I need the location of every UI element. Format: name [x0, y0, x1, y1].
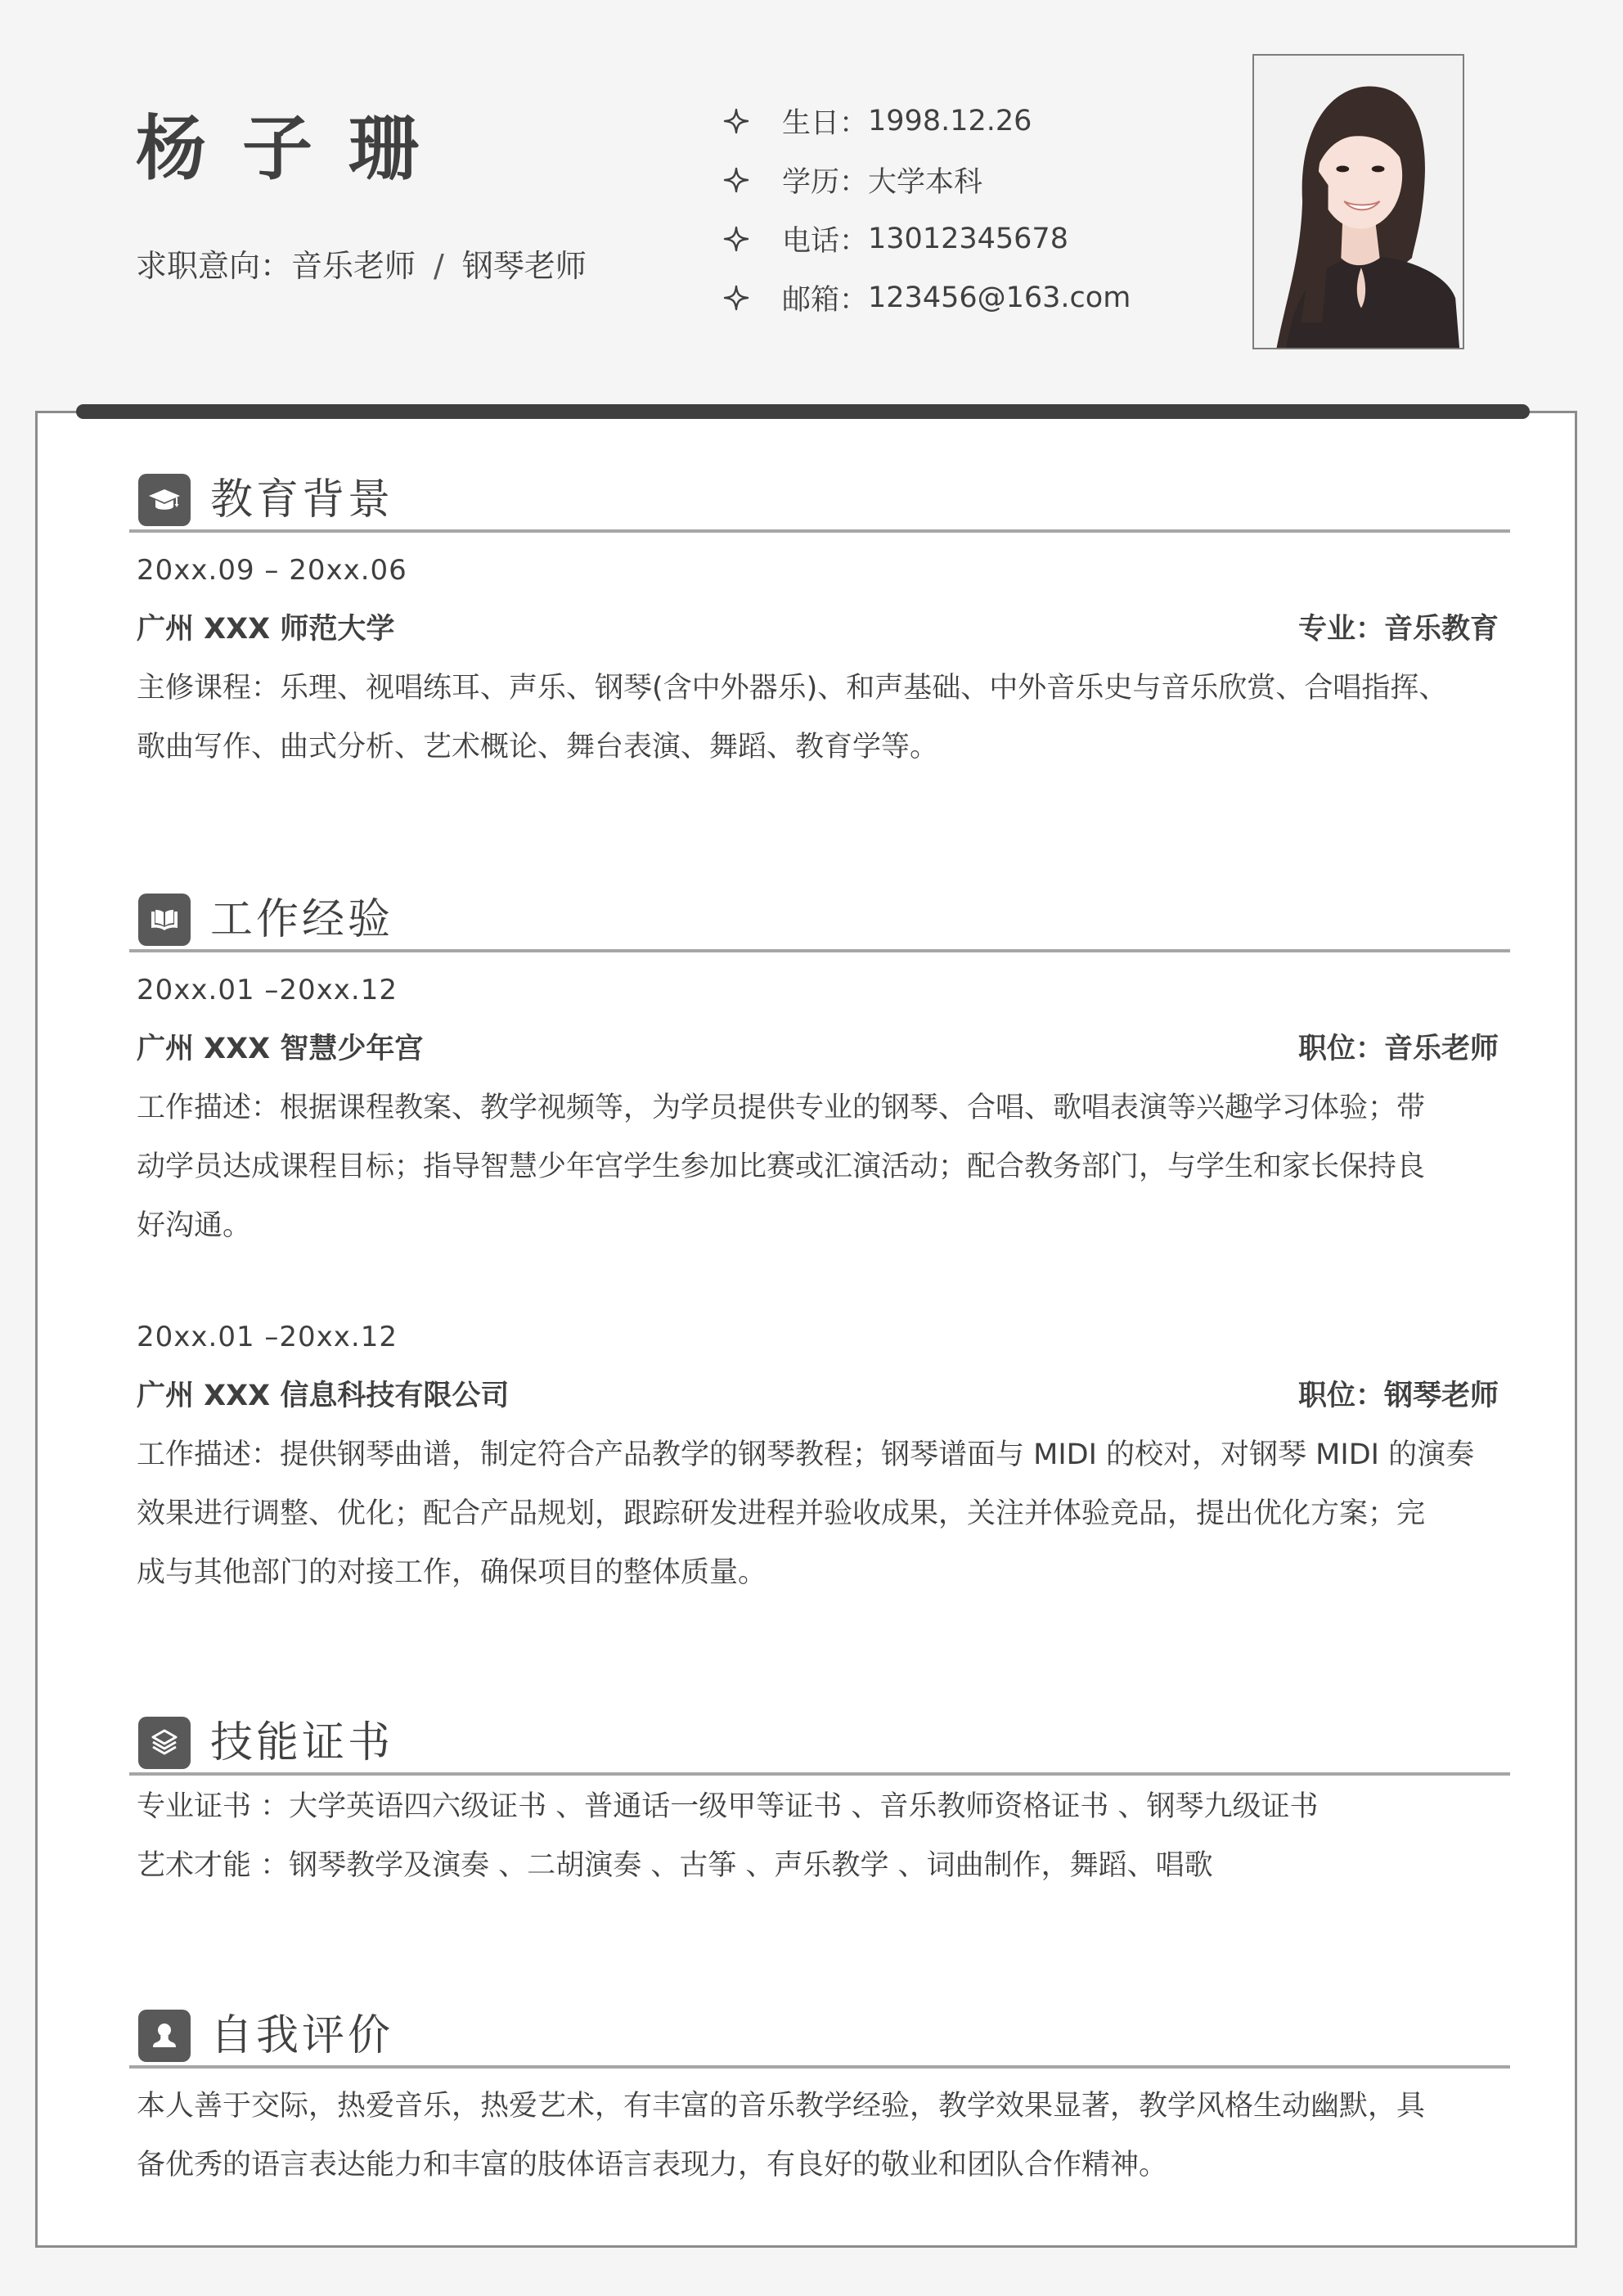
position: 职位：音乐老师 [1298, 1020, 1499, 1078]
skill-label: 专业证书 ： [137, 1790, 289, 1823]
contact-label: 学历： [782, 160, 868, 200]
contact-info-list: 生日：1998.12.26 学历：大学本科 电话：13012345678 邮箱：… [723, 92, 1131, 327]
company-name: 广州 XXX 智慧少年宫 [137, 1020, 423, 1078]
section-work: 工作经验 20xx.01 –20xx.12 广州 XXX 智慧少年宫 职位：音乐… [129, 887, 1510, 1602]
skill-value: 大学英语四六级证书 、普通话一级甲等证书 、音乐教师资格证书 、钢琴九级证书 [289, 1790, 1318, 1823]
work-date: 20xx.01 –20xx.12 [129, 961, 1510, 1020]
user-icon [138, 2010, 191, 2062]
education-date: 20xx.09 – 20xx.06 [129, 541, 1510, 600]
section-title: 自我评价 [210, 2008, 393, 2064]
contact-value: 123456@163.com [868, 281, 1131, 314]
job-intent-separator: / [434, 245, 444, 286]
major: 专业：音乐教育 [1298, 600, 1499, 659]
candidate-name: 杨子珊 [136, 108, 455, 190]
work-description-line: 工作描述：提供钢琴曲谱，制定符合产品教学的钢琴教程；钢琴谱面与 MIDI 的校对… [129, 1425, 1510, 1484]
contact-education: 学历：大学本科 [723, 151, 1131, 209]
work-description-line: 好沟通。 [129, 1196, 1510, 1255]
section-title: 技能证书 [210, 1715, 393, 1771]
contact-value: 13012345678 [868, 223, 1068, 255]
section-self-evaluation: 自我评价 本人善于交际，热爱音乐，热爱艺术，有丰富的音乐教学经验，教学效果显著，… [129, 2003, 1510, 2195]
job-intent: 求职意向：音乐老师/钢琴老师 [136, 245, 587, 286]
sparkle-icon [723, 285, 749, 311]
section-header: 技能证书 [129, 1710, 1510, 1776]
graduation-cap-icon [138, 474, 191, 526]
section-header: 工作经验 [129, 887, 1510, 952]
section-title: 教育背景 [210, 472, 393, 528]
self-evaluation-line: 备优秀的语言表达能力和丰富的肢体语言表现力，有良好的敬业和团队合作精神。 [129, 2136, 1510, 2195]
contact-label: 电话： [782, 218, 868, 259]
school-name: 广州 XXX 师范大学 [137, 600, 394, 659]
section-title: 工作经验 [210, 892, 393, 948]
course-description-line: 主修课程：乐理、视唱练耳、声乐、钢琴(含中外器乐)、和声基础、中外音乐史与音乐欣… [129, 659, 1510, 718]
contact-value: 1998.12.26 [868, 105, 1032, 137]
section-header: 自我评价 [129, 2003, 1510, 2069]
sparkle-icon [723, 108, 749, 134]
work-description-line: 效果进行调整、优化；配合产品规划，跟踪研发进程并验收成果，关注并体验竞品，提出优… [129, 1484, 1510, 1543]
section-education: 教育背景 20xx.09 – 20xx.06 广州 XXX 师范大学 专业：音乐… [129, 467, 1510, 777]
section-skills: 技能证书 专业证书 ：大学英语四六级证书 、普通话一级甲等证书 、音乐教师资格证… [129, 1710, 1510, 1895]
contact-birthday: 生日：1998.12.26 [723, 92, 1131, 151]
contact-value: 大学本科 [868, 160, 982, 200]
position: 职位：钢琴老师 [1298, 1366, 1499, 1425]
sparkle-icon [723, 167, 749, 193]
section-header: 教育背景 [129, 467, 1510, 533]
job-intent-role-1: 音乐老师 [291, 248, 416, 284]
open-book-icon [138, 894, 191, 946]
course-description-line: 歌曲写作、曲式分析、艺术概论、舞台表演、舞蹈、教育学等。 [129, 718, 1510, 777]
contact-email: 邮箱：123456@163.com [723, 268, 1131, 327]
profile-photo [1252, 54, 1464, 349]
skill-row-talents: 艺术才能 ：钢琴教学及演奏 、二胡演奏 、古筝 、声乐教学 、词曲制作，舞蹈、唱… [129, 1836, 1510, 1895]
header-divider-bar [76, 404, 1530, 419]
work-row: 广州 XXX 信息科技有限公司 职位：钢琴老师 [129, 1366, 1510, 1425]
sparkle-icon [723, 226, 749, 252]
education-row: 广州 XXX 师范大学 专业：音乐教育 [129, 600, 1510, 659]
job-intent-label: 求职意向： [136, 248, 291, 284]
skill-value: 钢琴教学及演奏 、二胡演奏 、古筝 、声乐教学 、词曲制作，舞蹈、唱歌 [289, 1849, 1213, 1882]
company-name: 广州 XXX 信息科技有限公司 [137, 1366, 509, 1425]
work-row: 广州 XXX 智慧少年宫 职位：音乐老师 [129, 1020, 1510, 1078]
skill-label: 艺术才能 ： [137, 1849, 289, 1882]
contact-label: 生日： [782, 101, 868, 142]
job-intent-role-2: 钢琴老师 [462, 248, 587, 284]
skill-row-certificates: 专业证书 ：大学英语四六级证书 、普通话一级甲等证书 、音乐教师资格证书 、钢琴… [129, 1777, 1510, 1836]
contact-label: 邮箱： [782, 277, 868, 318]
work-description-line: 动学员达成课程目标；指导智慧少年宫学生参加比赛或汇演活动；配合教务部门，与学生和… [129, 1137, 1510, 1196]
self-evaluation-line: 本人善于交际，热爱音乐，热爱艺术，有丰富的音乐教学经验，教学效果显著，教学风格生… [129, 2077, 1510, 2136]
work-description-line: 工作描述：根据课程教案、教学视频等，为学员提供专业的钢琴、合唱、歌唱表演等兴趣学… [129, 1078, 1510, 1137]
contact-phone: 电话：13012345678 [723, 209, 1131, 268]
work-date: 20xx.01 –20xx.12 [129, 1308, 1510, 1366]
work-description-line: 成与其他部门的对接工作，确保项目的整体质量。 [129, 1543, 1510, 1602]
layers-icon [138, 1717, 191, 1769]
